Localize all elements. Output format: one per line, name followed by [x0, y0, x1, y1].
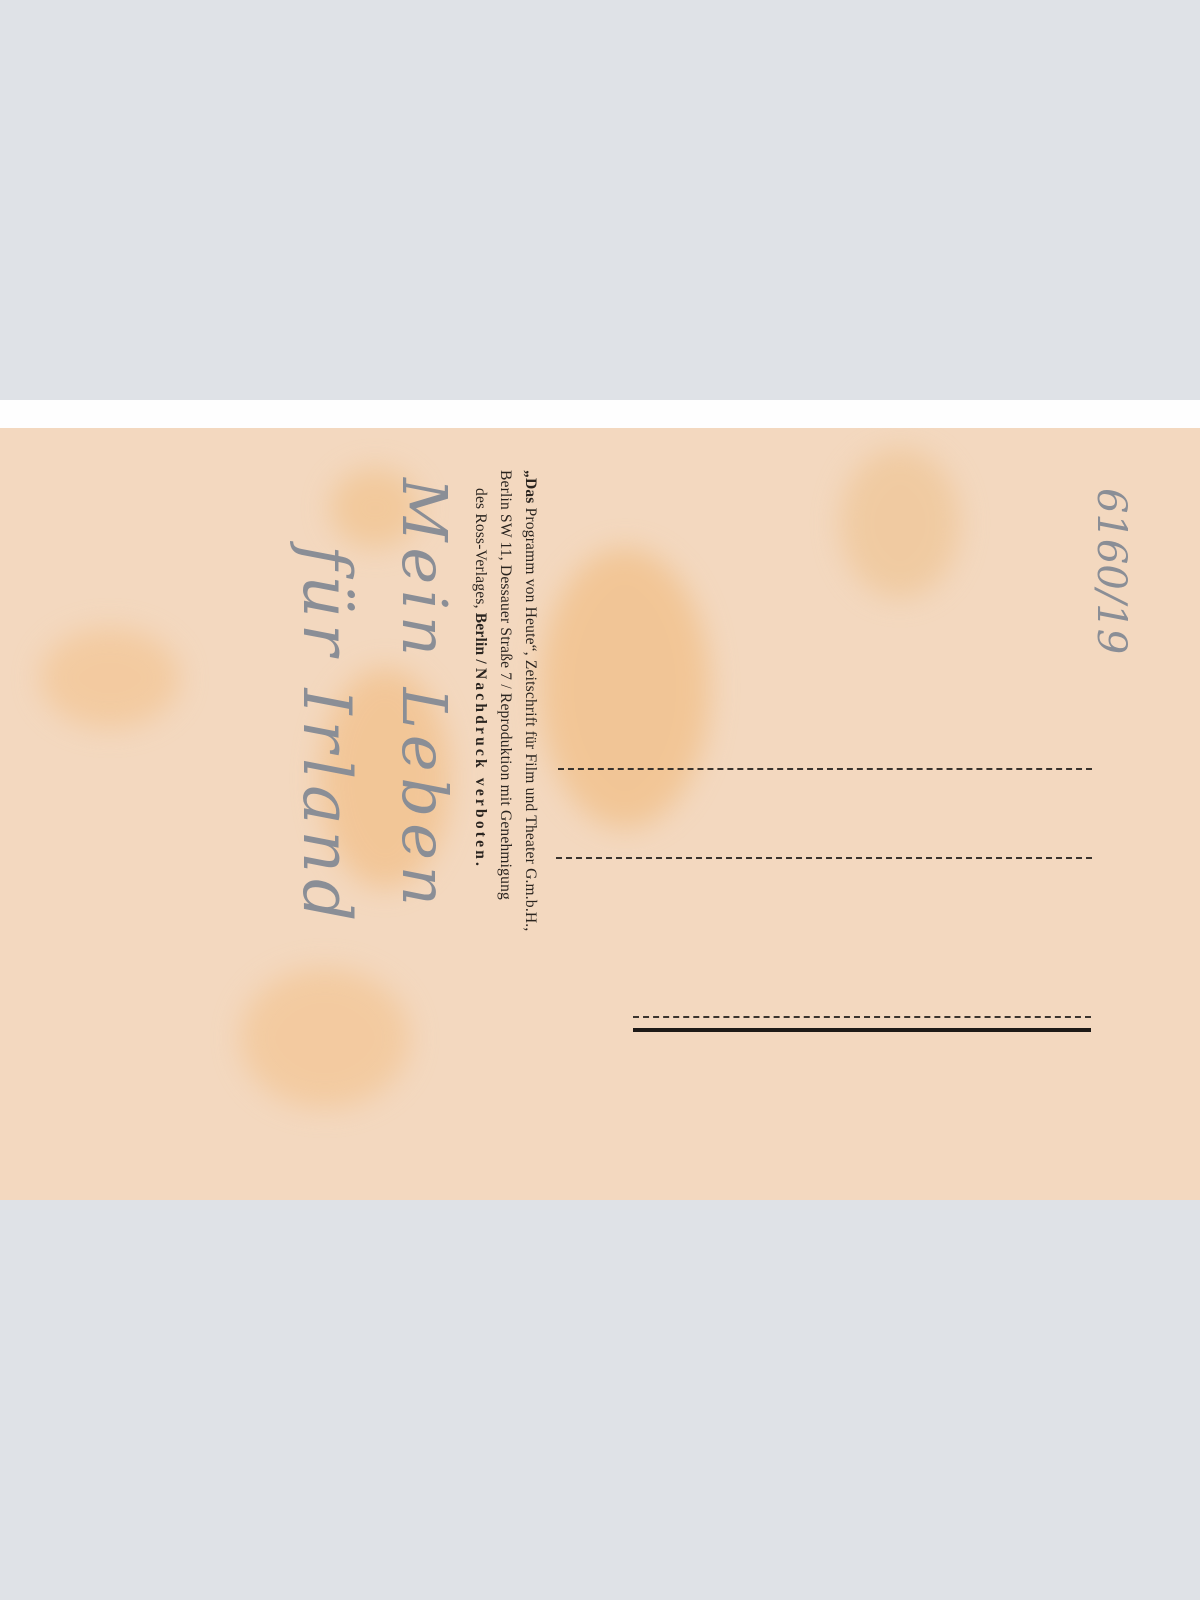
foxing-stain — [240, 968, 410, 1108]
imprint-line-3: des Ross-Verlages, Berlin / Nachdruck ve… — [468, 470, 493, 931]
scan-border-strip — [0, 400, 1200, 428]
pencil-catalog-number: 6160/19 — [1088, 488, 1134, 654]
postcard-back — [0, 428, 1200, 1200]
address-line-3-solid — [633, 1028, 1091, 1032]
foxing-stain — [840, 448, 960, 598]
handwritten-inscription-line-2: für Irland — [288, 545, 365, 927]
address-line-2 — [556, 857, 1092, 859]
address-line-1 — [558, 768, 1092, 770]
imprint-line-1: „Das Programm von Heute“, Zeitschrift fü… — [518, 470, 543, 931]
address-line-3-dashed — [633, 1016, 1091, 1018]
publisher-imprint: „Das Programm von Heute“, Zeitschrift fü… — [468, 470, 543, 931]
foxing-stain — [40, 628, 180, 728]
imprint-line-2: Berlin SW 11, Dessauer Straße 7 / Reprod… — [493, 470, 518, 931]
handwritten-inscription-line-1: Mein Leben — [388, 478, 461, 912]
foxing-stain — [540, 548, 710, 828]
